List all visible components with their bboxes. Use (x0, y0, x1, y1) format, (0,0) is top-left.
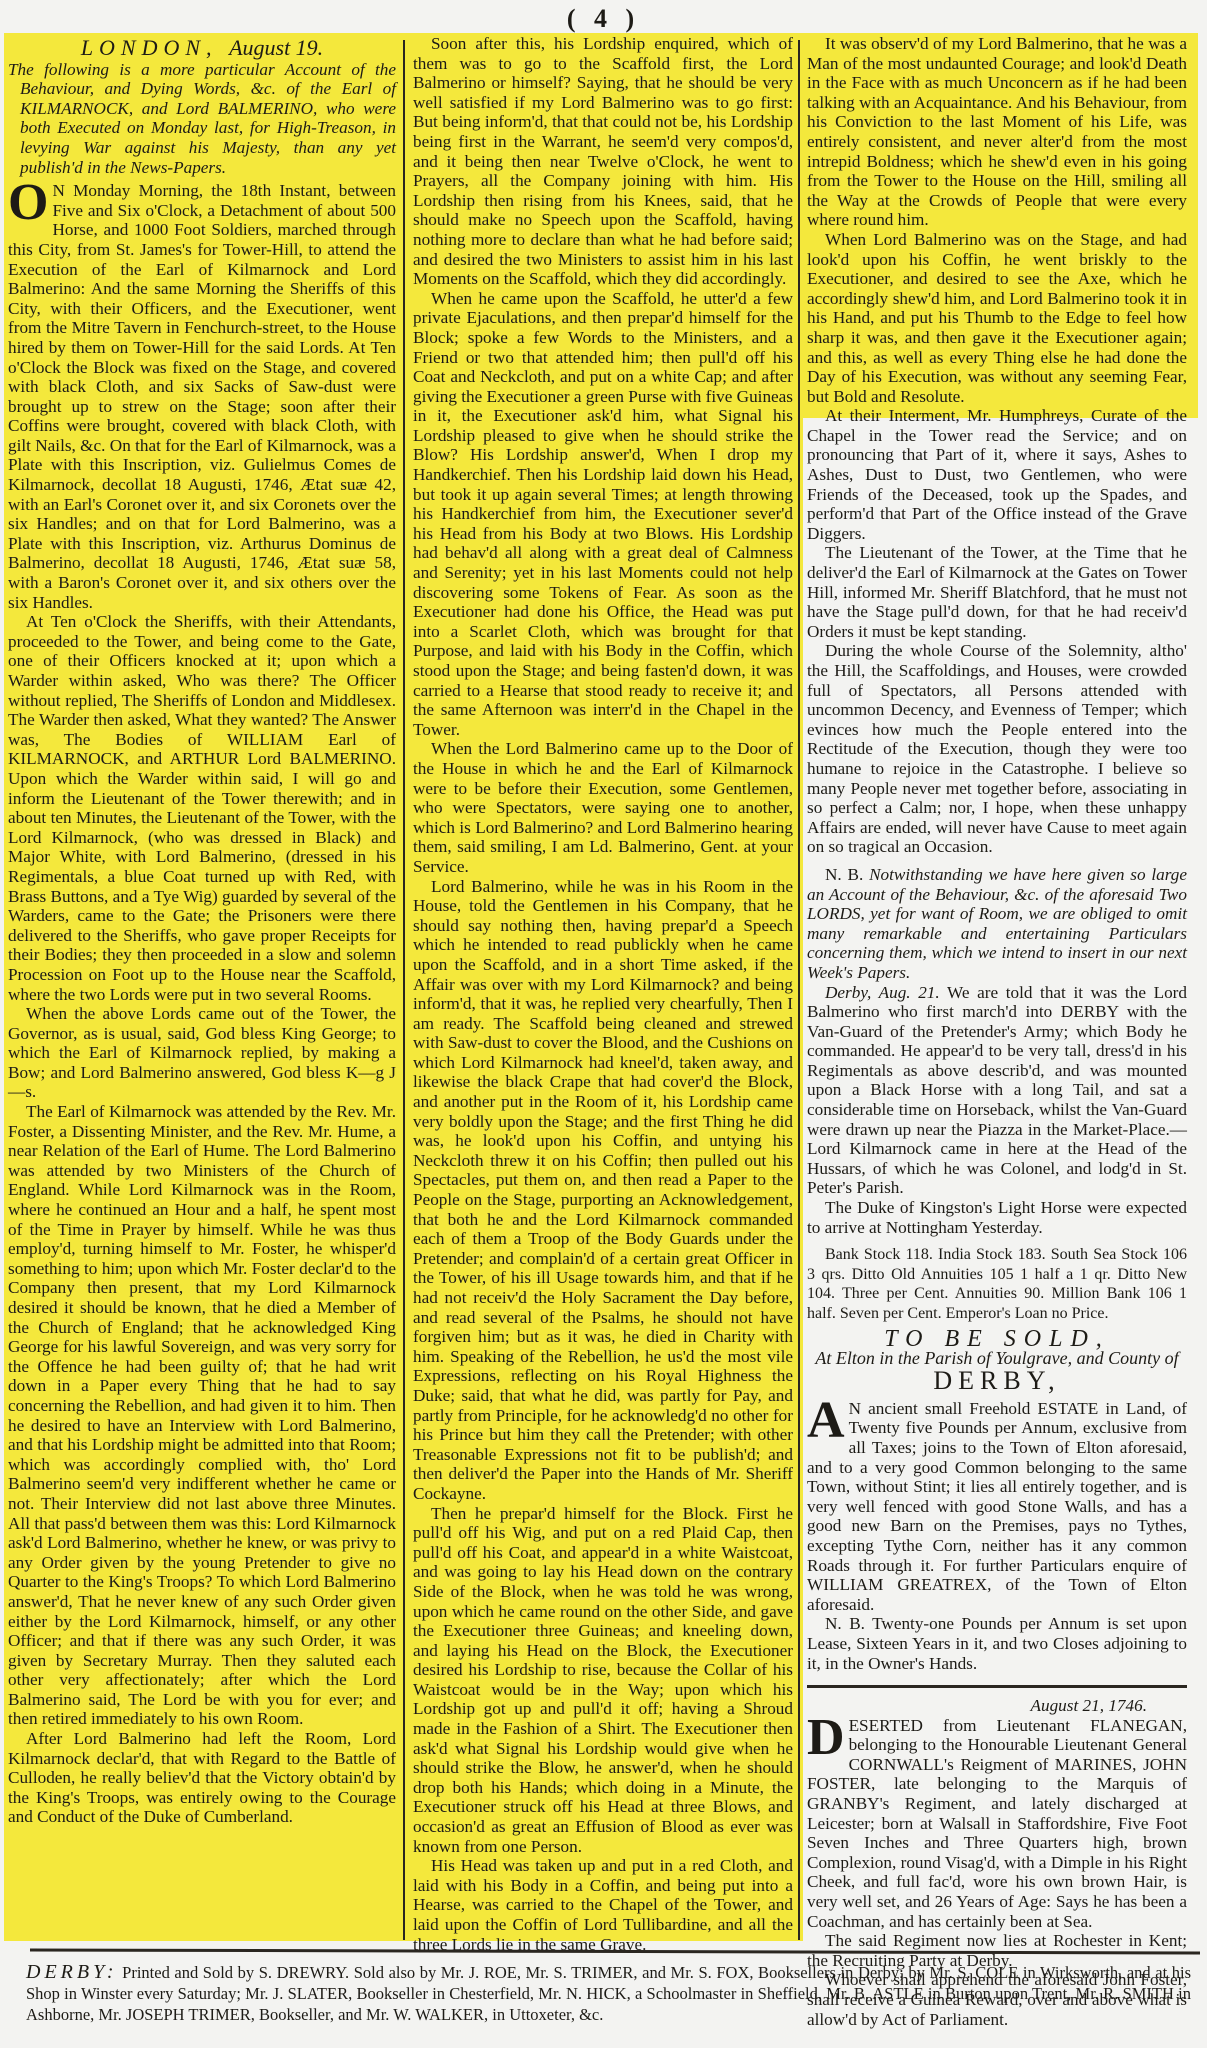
column-rule-1 (403, 40, 405, 1940)
paragraph: At their Interment, Mr. Humphreys, Curat… (807, 406, 1187, 543)
derby-text: We are told that it was the Lord Balmeri… (807, 983, 1187, 1198)
paragraph: Then he prepar'd himself for the Block. … (413, 1504, 793, 1857)
section-rule (807, 1685, 1187, 1688)
right-column: It was observ'd of my Lord Balmerino, th… (807, 34, 1187, 2029)
imprint-text: Printed and Sold by S. DREWRY. Sold also… (26, 1963, 1191, 2024)
article-intro: The following is a more particular Accou… (8, 60, 396, 178)
dateline-date: August 19. (229, 35, 323, 60)
deserted-advert: DESERTED from Lieutenant FLANEGAN, belon… (807, 1716, 1187, 1932)
sale-county: DERBY, (807, 1369, 1187, 1393)
paragraph: When the Lord Balmerino came up to the D… (413, 739, 793, 876)
paragraph: The Lieutenant of the Tower, at the Time… (807, 543, 1187, 641)
paragraph: When Lord Balmerino was on the Stage, an… (807, 230, 1187, 406)
nota-bene: N. B. Notwithstanding we have here given… (807, 865, 1187, 983)
drop-cap: D (807, 1718, 845, 1758)
paragraph: During the whole Course of the Solemnity… (807, 641, 1187, 857)
drop-cap: A (807, 1401, 845, 1441)
column-rule-2 (798, 40, 800, 1940)
paragraph: Soon after this, his Lordship enquired, … (413, 34, 793, 289)
left-column: LONDON, August 19. The following is a mo… (8, 34, 396, 1827)
drop-cap: O (8, 183, 48, 223)
paragraph: His Head was taken up and put in a red C… (413, 1856, 793, 1954)
derby-news: Derby, Aug. 21. We are told that it was … (807, 983, 1187, 1199)
deserted-date: August 21, 1746. (807, 1696, 1187, 1716)
nb-label: N. B. (825, 865, 863, 884)
sale-heading: TO BE SOLD, (807, 1330, 1187, 1350)
imprint-lead: DERBY: (26, 1961, 118, 1983)
sale-advert: AN ancient small Freehold ESTATE in Land… (807, 1399, 1187, 1615)
paragraph: When he came upon the Scaffold, he utter… (413, 289, 793, 740)
sale-nb: N. B. Twenty-one Pounds per Annum is set… (807, 1614, 1187, 1673)
paragraph: Lord Balmerino, while he was in his Room… (413, 877, 793, 1504)
derby-label: Derby, Aug. 21. (825, 983, 940, 1002)
page-number: ( 4 ) (0, 4, 1207, 34)
paragraph: After Lord Balmerino had left the Room, … (8, 1729, 396, 1827)
paragraph: At Ten o'Clock the Sheriffs, with their … (8, 612, 396, 1004)
imprint-footer: DERBY: Printed and Sold by S. DREWRY. So… (26, 1962, 1191, 2025)
paragraph: The Earl of Kilmarnock was attended by t… (8, 1102, 396, 1729)
paragraph: When the above Lords came out of the Tow… (8, 1004, 396, 1102)
nb-text: Notwithstanding we have here given so la… (807, 865, 1187, 982)
paragraph: ON Monday Morning, the 18th Instant, bet… (8, 181, 396, 612)
dateline: LONDON, August 19. (8, 38, 396, 58)
stock-prices: Bank Stock 118. India Stock 183. South S… (807, 1245, 1187, 1323)
paragraph: It was observ'd of my Lord Balmerino, th… (807, 34, 1187, 230)
dateline-city: LONDON, (81, 35, 218, 60)
paragraph: The Duke of Kingston's Light Horse were … (807, 1198, 1187, 1237)
middle-column: Soon after this, his Lordship enquired, … (413, 34, 793, 1954)
